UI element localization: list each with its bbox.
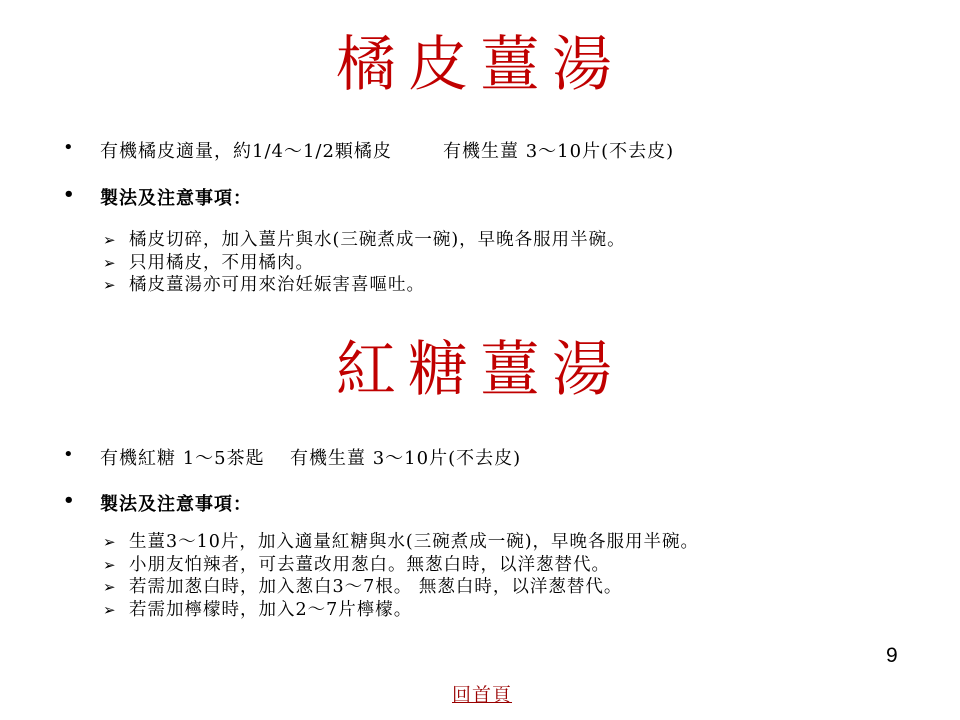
section-1-steps-list: ➢ 橘皮切碎，加入薑片與水(三碗煮成一碗)，早晚各服用半碗。 ➢ 只用橘皮，不用… (103, 229, 626, 297)
arrow-bullet-icon: ➢ (103, 576, 117, 599)
arrow-bullet-icon: ➢ (103, 229, 117, 252)
bullet-dot-icon: • (63, 490, 76, 511)
step-text: 若需加葱白時，加入葱白3～7根。 無葱白時，以洋葱替代。 (129, 577, 622, 597)
bullet-dot-icon: • (63, 137, 75, 158)
section-1-ingredient-right: 有機生薑 3～10片(不去皮) (443, 137, 674, 163)
list-item: ➢ 生薑3～10片，加入適量紅糖與水(三碗煮成一碗)，早晚各服用半碗。 (103, 531, 699, 554)
section-2-ingredient-left: 有機紅糖 1～5茶匙 (100, 444, 265, 470)
section-2-title: 紅糖薑湯 (0, 337, 960, 403)
arrow-bullet-icon: ➢ (103, 554, 117, 577)
step-text: 只用橘皮，不用橘肉。 (129, 253, 314, 273)
list-item: ➢ 小朋友怕辣者，可去薑改用葱白。無葱白時，以洋葱替代。 (103, 554, 699, 577)
section-1-ingredient-left: 有機橘皮適量，約1/4～1/2顆橘皮 (100, 137, 392, 163)
step-text: 小朋友怕辣者，可去薑改用葱白。無葱白時，以洋葱替代。 (129, 555, 610, 575)
section-2-subtitle: 製法及注意事項： (100, 490, 252, 516)
home-link[interactable]: 回首頁 (452, 680, 512, 707)
section-1-subtitle: 製法及注意事項： (100, 184, 252, 210)
bullet-dot-icon: • (63, 444, 75, 465)
list-item: ➢ 橘皮薑湯亦可用來治妊娠害喜嘔吐。 (103, 274, 626, 297)
arrow-bullet-icon: ➢ (103, 531, 117, 554)
list-item: ➢ 若需加葱白時，加入葱白3～7根。 無葱白時，以洋葱替代。 (103, 576, 699, 599)
arrow-bullet-icon: ➢ (103, 274, 117, 297)
list-item: ➢ 只用橘皮，不用橘肉。 (103, 252, 626, 275)
step-text: 生薑3～10片，加入適量紅糖與水(三碗煮成一碗)，早晚各服用半碗。 (129, 532, 699, 552)
slide: 橘皮薑湯 • 有機橘皮適量，約1/4～1/2顆橘皮 有機生薑 3～10片(不去皮… (0, 0, 960, 720)
list-item: ➢ 若需加檸檬時，加入2～7片檸檬。 (103, 599, 699, 622)
arrow-bullet-icon: ➢ (103, 599, 117, 622)
list-item: ➢ 橘皮切碎，加入薑片與水(三碗煮成一碗)，早晚各服用半碗。 (103, 229, 626, 252)
bullet-dot-icon: • (63, 184, 76, 205)
section-1-title: 橘皮薑湯 (0, 32, 960, 98)
step-text: 若需加檸檬時，加入2～7片檸檬。 (129, 600, 412, 620)
step-text: 橘皮切碎，加入薑片與水(三碗煮成一碗)，早晚各服用半碗。 (129, 230, 626, 250)
section-2-steps-list: ➢ 生薑3～10片，加入適量紅糖與水(三碗煮成一碗)，早晚各服用半碗。 ➢ 小朋… (103, 531, 699, 621)
arrow-bullet-icon: ➢ (103, 252, 117, 275)
step-text: 橘皮薑湯亦可用來治妊娠害喜嘔吐。 (129, 275, 425, 295)
section-2-ingredient-right: 有機生薑 3～10片(不去皮) (290, 444, 521, 470)
page-number: 9 (886, 644, 898, 668)
